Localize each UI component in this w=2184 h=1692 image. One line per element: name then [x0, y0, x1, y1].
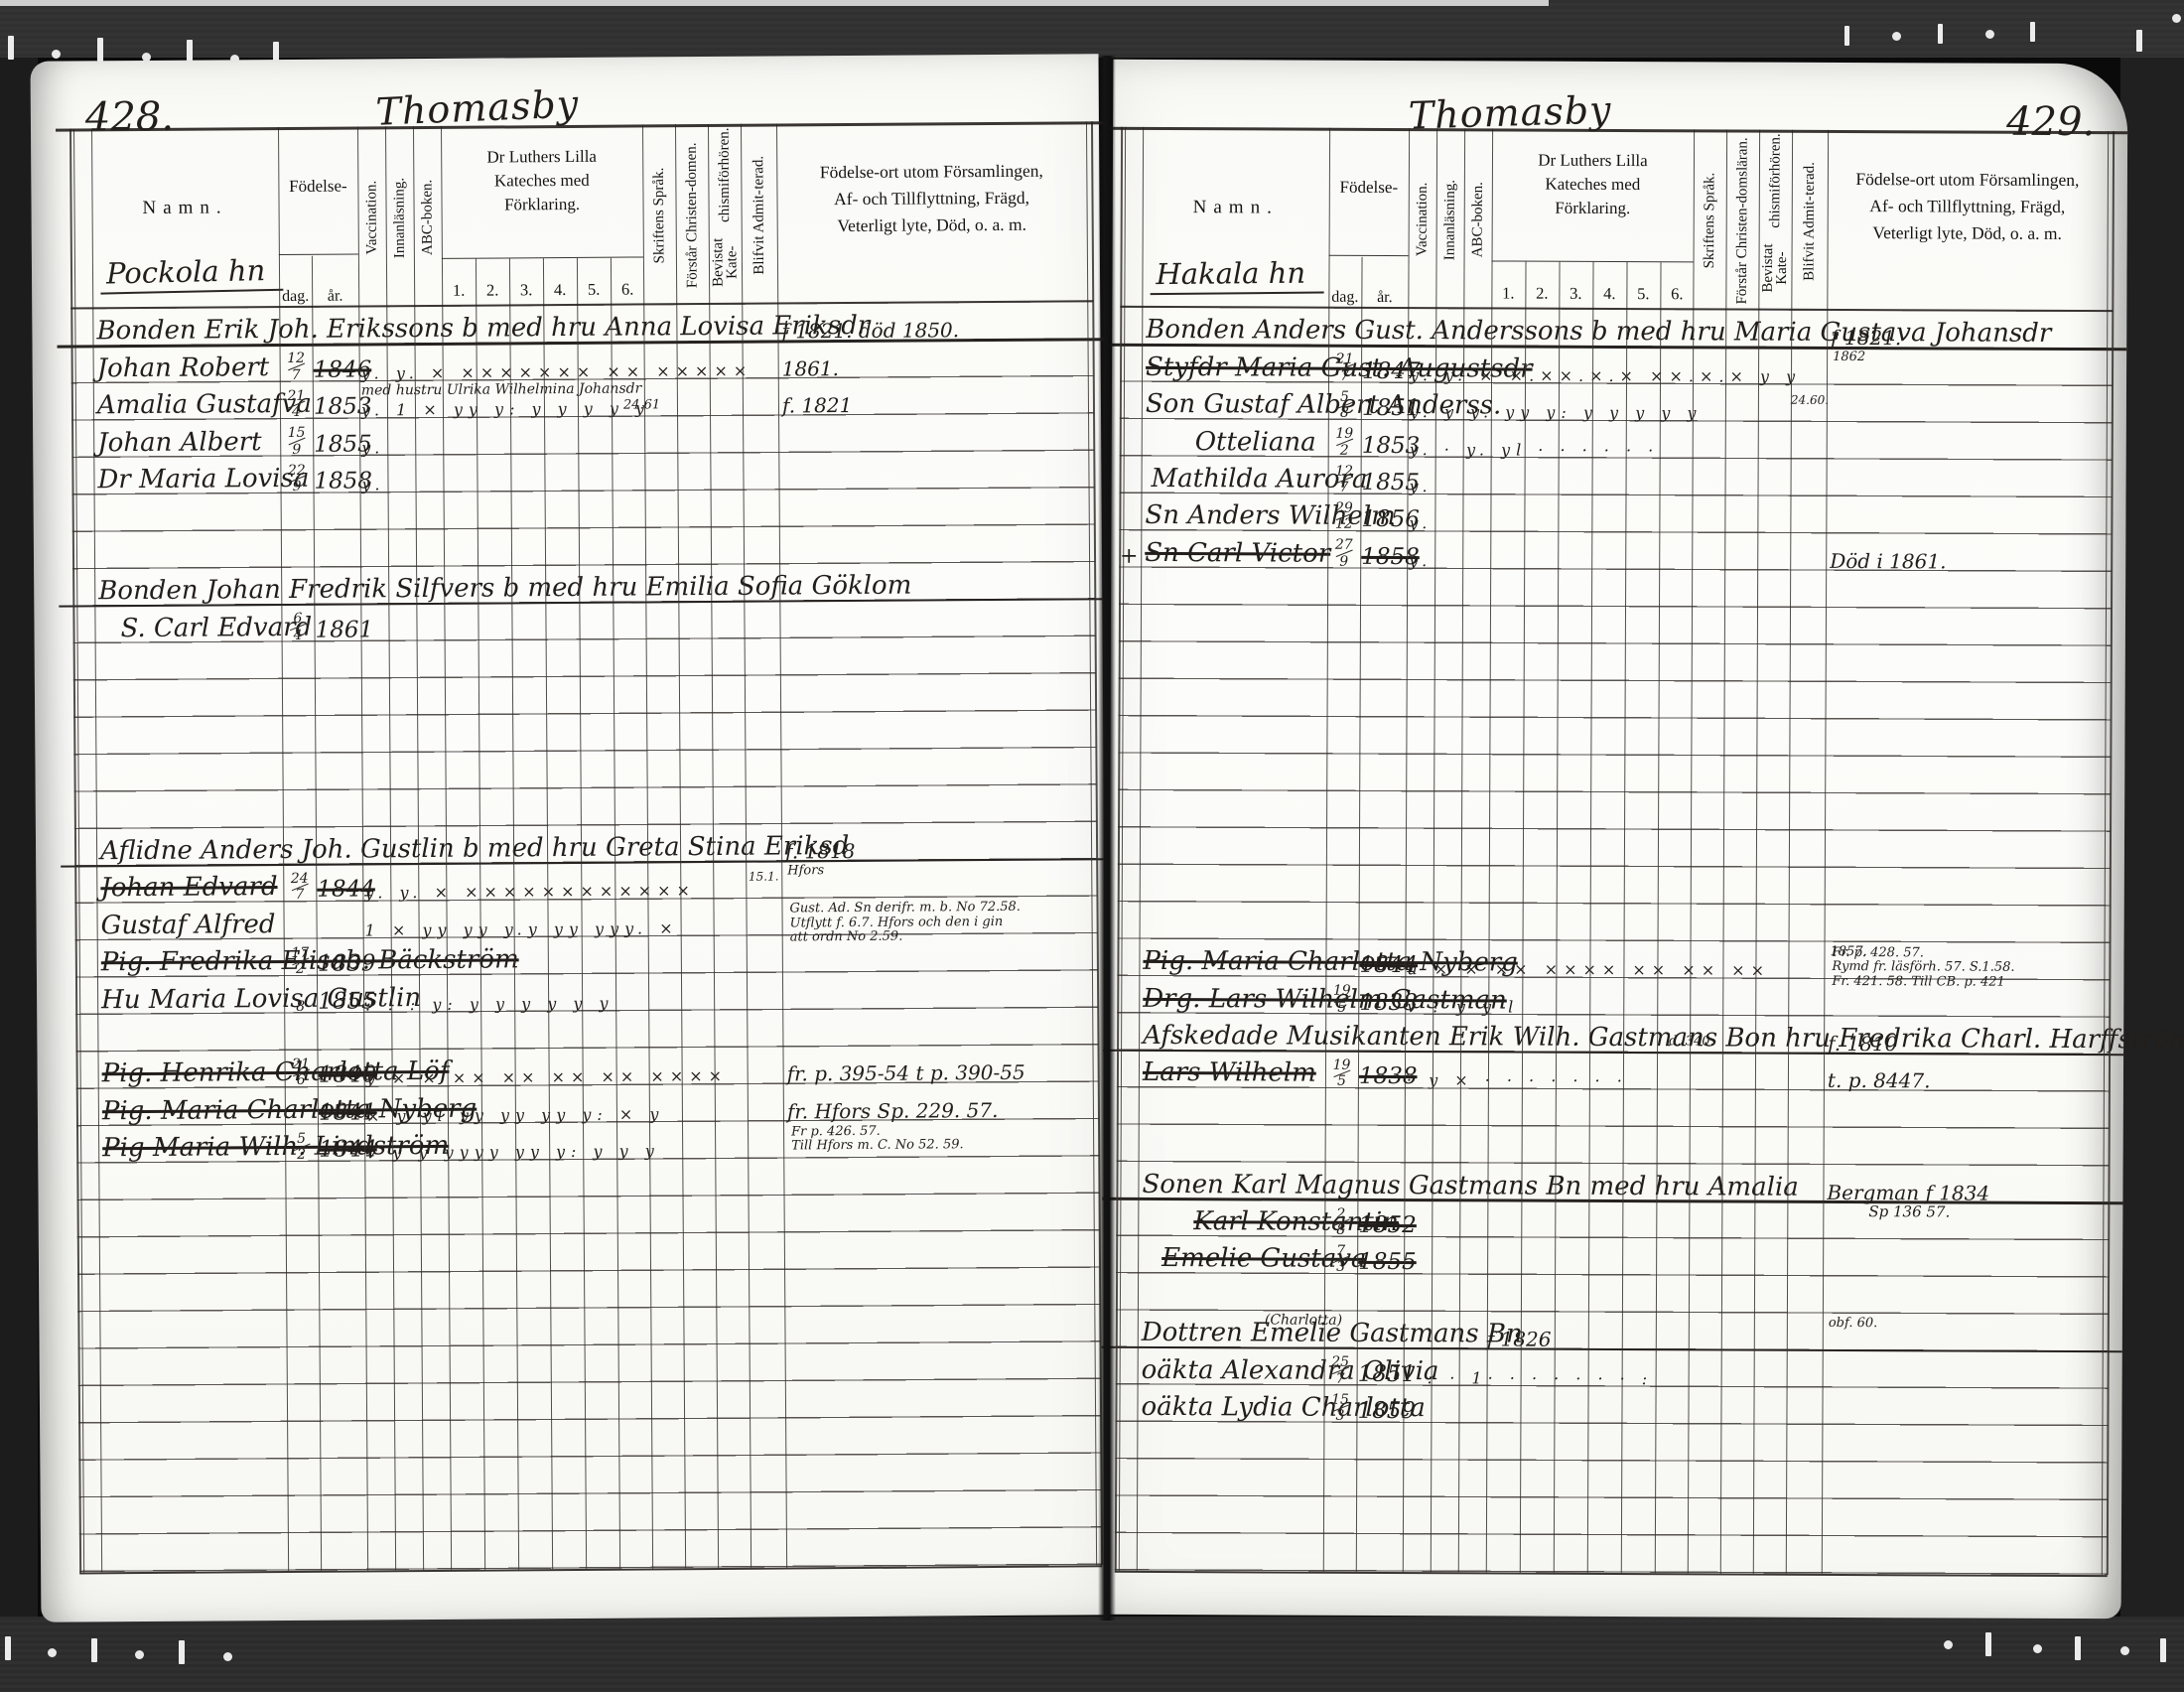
village-name-handwritten: Hakala hn: [1150, 255, 1323, 295]
column-header-forstar-christendomen: Förstår Christen-domen.: [675, 128, 709, 303]
entry-row: Bonden Anders Gust. Anderssons b med hru…: [1146, 308, 2051, 349]
column-header-notes: Födelse-ort utom Församlingen, Af- och T…: [1828, 166, 2108, 247]
table-top-rule: [56, 121, 1106, 131]
entry-superscript-note: med hustru Ulrika Wilhelmina Johansdr: [361, 380, 642, 398]
kateches-number-1: 1.: [1491, 264, 1525, 307]
entry-remark: fr. p. 395-54 t p. 390-55: [786, 1046, 1024, 1087]
entry-remark-lines: Gust. Ad. Sn derifr. m. b. No 72.58.Utfl…: [789, 901, 1021, 945]
kateches-number-3: 3.: [1559, 265, 1592, 308]
entry-birth-year: 1855: [1358, 1237, 1404, 1278]
handwritten-entries: Bonden Anders Gust. Anderssons b med hru…: [1121, 60, 2114, 64]
entry-birth-day: 73: [1324, 1237, 1357, 1278]
entry-birth-day: 8: [284, 976, 317, 1017]
entry-row: Lars Wilhelm: [1143, 1051, 1316, 1088]
table-top-rule: [1107, 127, 2127, 134]
column-header-skriftens-sprak: Skriftens Språk.: [1693, 133, 1726, 308]
register-page-left: 428. Thomasby Namn. Pockola hn Födelse- …: [31, 54, 1110, 1621]
column-header-abc-boken: ABC-boken.: [413, 130, 442, 305]
entry-birth-year: 1855: [318, 976, 363, 1017]
entry-remark: f. 1810: [1828, 1017, 1897, 1057]
entry-birth-day: 28: [1324, 1199, 1357, 1240]
entry-margin-mark: +: [1119, 530, 1139, 571]
kateches-number-3: 3.: [509, 261, 543, 304]
column-header-kateches: Dr Luthers Lilla Kateches med Förklaring…: [1494, 148, 1692, 220]
entry-remark: fr. Hfors Sp. 229. 57.: [787, 1082, 999, 1124]
entry-birth-year: 1859: [1357, 1385, 1403, 1426]
column-header-dag: dag.: [279, 264, 312, 306]
entry-name: Lars Wilhelm: [1143, 1059, 1316, 1088]
entry-name: Johan Albert: [97, 429, 262, 458]
entry-birth-day: 217: [1328, 346, 1361, 386]
entry-birth-day: 279: [1327, 531, 1360, 572]
column-header-blifvit-admitterad: Blifvit Admit-terad.: [741, 128, 777, 303]
entry-admitted-note: 24.60.: [1791, 393, 1827, 407]
entry-exam-marks: y. y. × ××××××× ×× ×××××: [361, 342, 753, 385]
column-header-ar: år.: [312, 263, 358, 305]
entry-row: Dr Maria Lovisa: [97, 456, 309, 494]
entry-remark: f. 1821: [782, 378, 853, 419]
register-page-right: 429. Thomasby Namn. Hakala hn Födelse- d…: [1107, 60, 2128, 1619]
entry-name: Sn Carl Victor: [1145, 540, 1330, 569]
entry-birth-year: 1851: [1358, 1348, 1404, 1389]
entry-exam-marks: · y × · · · · · · ·: [1407, 1052, 1628, 1093]
kateches-number-5: 5.: [1626, 265, 1660, 308]
column-header-notes: Födelse-ort utom Församlingen, Af- och T…: [776, 157, 1087, 239]
kateches-number-4: 4.: [543, 261, 577, 304]
kateches-number-2: 2.: [1525, 265, 1559, 308]
entry-sub-note: d. 340.: [1669, 1035, 1714, 1050]
column-header-bevistat-katechismiforhoren: Bevistat Kate-chismiförhören.: [1758, 134, 1792, 309]
entry-remark: Bergman f 1834: [1827, 1165, 1989, 1205]
register-table: Namn. Hakala hn Födelse- dag. år. Vaccin…: [1115, 60, 2115, 1619]
entry-birth-year: 1844: [317, 864, 362, 905]
kateches-number-1: 1.: [442, 262, 476, 305]
entry-birth-year: 1846: [314, 345, 359, 385]
entry-row: Afskedade Musikanten Erik Wilh. Gastmans…: [1143, 1014, 2184, 1056]
entry-exam-marks: · : · 1· · · · · · · :: [1406, 1348, 1654, 1390]
entry-birth-day: 257: [1324, 1348, 1357, 1389]
column-header-fodelse: Födelse-: [1329, 178, 1409, 198]
entry-mid-note: f 1826: [1487, 1312, 1552, 1352]
entry-birth-year: 1847: [1362, 346, 1408, 386]
entry-birth-year: 1840: [318, 1050, 363, 1090]
entry-exam-marks: y. y y. yy y: y y y y y: [1410, 383, 1703, 426]
film-strip-top: [0, 0, 2184, 58]
entry-birth-year: 1858: [1361, 531, 1407, 572]
kateches-number-6: 6.: [1660, 265, 1694, 308]
column-header-namn: Namn.: [1143, 197, 1329, 219]
entry-name: Otteliana: [1195, 429, 1316, 458]
entry-row: Sonen Karl Magnus Gastmans Bn med hru Am…: [1142, 1162, 1798, 1201]
column-header-bevistat-katechismiforhoren: Bevistat Kate-chismiförhören.: [708, 128, 742, 303]
column-header-ar: år.: [1361, 265, 1408, 307]
entry-remark: f 1821.: [1831, 311, 1901, 352]
entry-birth-year: 1844: [319, 1124, 364, 1165]
entry-birth-year: 1839: [318, 938, 363, 979]
entry-exam-marks: y.: [361, 418, 385, 460]
entry-row: Sn Carl Victor: [1145, 530, 1330, 568]
entry-exam-marks: y.: [1409, 458, 1433, 498]
entry-birth-year: 1844: [1359, 940, 1405, 981]
entry-birth-day: 159: [280, 419, 313, 460]
entry-birth-year: 1838: [1359, 1052, 1405, 1092]
entry-remark-small: Hfors: [787, 864, 824, 879]
kateches-number-5: 5.: [577, 261, 611, 304]
column-header-innanlasning: Innanläsning.: [385, 130, 414, 305]
entry-birth-day: 172: [284, 939, 317, 980]
column-header-vaccination: Vaccination.: [357, 130, 386, 305]
entry-birth-day: 64: [281, 605, 314, 645]
column-header-forstar-christendomslaran: Förstår Christen-domsläran.: [1725, 133, 1759, 308]
register-table: Namn. Pockola hn Födelse- dag. år. Vacci…: [69, 54, 1103, 1621]
entry-row: Johan Albert: [97, 419, 262, 458]
column-header-blifvit-admitterad: Blifvit Admit-terad.: [1791, 134, 1828, 309]
entry-remark-second-line: Sp 136 57.: [1868, 1204, 1950, 1219]
entry-remark: f. 1818: [785, 824, 856, 865]
film-strip-bottom: [0, 1617, 2184, 1692]
entry-remark-lines: Fr p. 426. 57.Till Hfors m. C. No 52. 59…: [791, 1124, 964, 1154]
entry-exam-marks: y. y. × ×.××.×.× ××.×.× y y: [1410, 346, 1801, 388]
book-spine-fold: [1098, 56, 1116, 1621]
column-header-kateches: Dr Luthers Lilla Kateches med Förklaring…: [443, 144, 640, 216]
column-header-vaccination: Vaccination.: [1408, 132, 1436, 307]
entry-row: Gustaf Alfred: [100, 902, 275, 940]
entry-birth-day: 153: [1323, 1385, 1356, 1426]
entry-remark: t. p. 8447.: [1828, 1054, 1931, 1094]
column-header-namn: Namn.: [91, 197, 278, 219]
entry-birth-day: 52: [285, 1125, 318, 1166]
entry-birth-day: 2912: [1327, 494, 1360, 535]
entry-remark-small: obf. 60.: [1829, 1317, 1878, 1332]
column-header-innanlasning: Innanläsning.: [1435, 132, 1464, 307]
entry-birth-year: 1853: [314, 381, 359, 422]
entry-birth-day: 58: [1328, 383, 1361, 424]
entry-birth-year: 1853: [1362, 420, 1408, 461]
entry-name: Johan Robert: [97, 354, 270, 383]
entry-exam-marks: v ! y y l: [1407, 977, 1519, 1019]
column-header-abc-boken: ABC-boken.: [1463, 132, 1492, 307]
column-header-dag: dag.: [1328, 265, 1361, 307]
film-top-highlight: [0, 0, 1549, 6]
entry-exam-marks: y.: [361, 456, 385, 497]
entry-birth-day: 192: [1328, 420, 1361, 461]
fodelse-sub-rule: [279, 253, 358, 255]
entry-birth-day: 247: [283, 865, 316, 906]
entry-sub-note: 24.61: [623, 398, 660, 413]
entry-name: Johan Edvard: [100, 874, 277, 903]
entry-birth-year: 1841: [319, 1087, 364, 1128]
entry-exam-marks: y.: [1409, 531, 1433, 572]
entry-remark: Död i 1861.: [1830, 533, 1946, 574]
entry-name: Gustaf Alfred: [101, 912, 276, 940]
village-name-handwritten: Pockola hn: [100, 253, 284, 295]
film-edge-right: [2120, 0, 2184, 1692]
kateches-number-6: 6.: [611, 260, 644, 303]
column-header-skriftens-sprak: Skriftens Språk.: [642, 128, 676, 303]
entry-name: Dr Maria Lovisa: [97, 466, 309, 494]
entry-birth-year: 1861: [315, 605, 360, 645]
entry-superscript-note: (Charlotta): [1265, 1312, 1342, 1328]
entry-remark-lines: Fr. p. 428. 57.Rymd fr. läsförh. 57. S.1…: [1832, 946, 2014, 990]
fodelse-sub-rule: [1329, 255, 1409, 257]
entry-birth-year: 1852: [1358, 1199, 1404, 1240]
entry-birth-year: 1851: [1362, 383, 1408, 424]
entry-remark-small: 1862: [1833, 351, 1865, 365]
entry-row: Otteliana: [1195, 419, 1316, 457]
entry-birth-day: 216: [284, 1051, 317, 1091]
entry-admitted-note: 15.1.: [746, 870, 781, 884]
entry-remark: 1861.: [782, 341, 840, 381]
entry-birth-year: 1856: [1361, 494, 1407, 535]
kateches-number-4: 4.: [1592, 265, 1626, 308]
entry-birth-day: 127: [280, 345, 313, 385]
entry-name: Sonen Karl Magnus Gastmans Bn med hru Am…: [1142, 1171, 1798, 1201]
entry-birth-day: 214: [280, 382, 313, 423]
entry-birth-year: 1858: [314, 456, 359, 496]
entry-birth-day: 195: [1325, 977, 1358, 1018]
entry-row: Johan Robert: [97, 345, 270, 383]
entry-exam-marks: y. · y. yl · · · · · ·: [1410, 420, 1660, 462]
entry-birth-day: 127: [1327, 457, 1360, 497]
microfilm-scan: 428. Thomasby Namn. Pockola hn Födelse- …: [0, 0, 2184, 1692]
column-header-fodelse: Födelse-: [278, 176, 357, 197]
kateches-number-2: 2.: [476, 261, 509, 304]
entry-birth-day: 195: [1325, 1052, 1358, 1092]
entry-exam-marks: : . : y: y y y y y y: [365, 974, 614, 1017]
entry-exam-marks: y.: [1409, 494, 1433, 535]
entry-birth-year: 1855: [314, 419, 359, 460]
entry-row: Johan Edvard: [100, 865, 277, 904]
entry-remark: f 1821. död 1850.: [781, 303, 959, 345]
entry-birth-year: 1838: [1359, 977, 1405, 1018]
entry-birth-year: 1855: [1361, 457, 1407, 497]
entry-exam-marks: 1 × yy yy y.y yy yyy. ×: [364, 900, 678, 943]
entry-birth-day: 229: [280, 456, 313, 496]
